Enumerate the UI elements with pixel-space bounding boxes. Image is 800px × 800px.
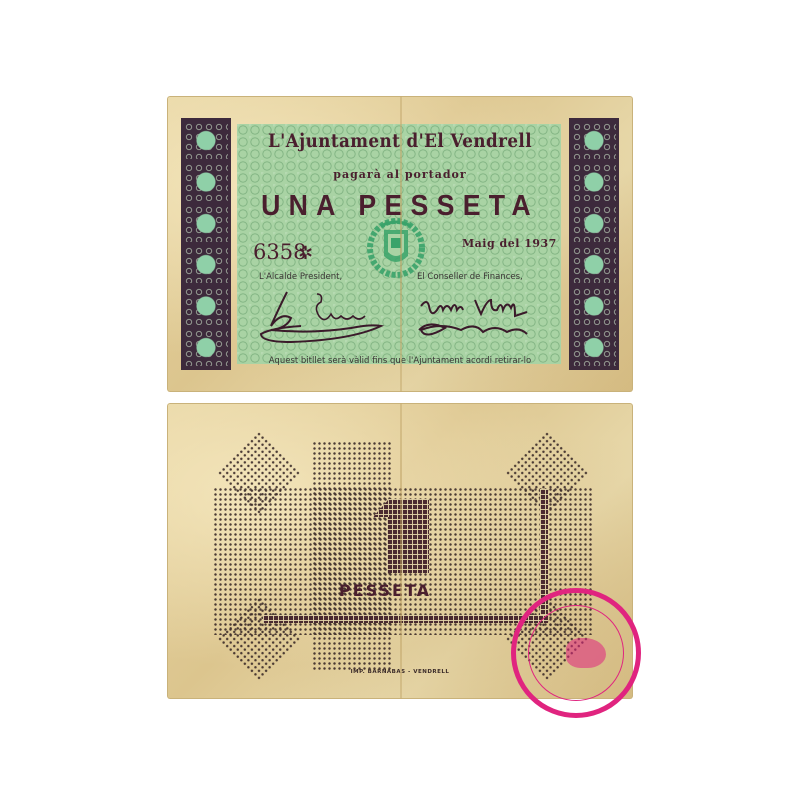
banknote-back: 1 PESSETA IMP. BARNABAS - VENDRELL AJUNT [167,403,633,699]
mayor-signatory-label: L'Alcalde President, [259,272,342,282]
left-ornamental-border [181,118,231,370]
issuer-title: L'Ajuntament d'El Vendrell [195,130,605,152]
numeral-one-grid [387,499,429,573]
issue-date: Maig del 1937 [462,237,557,250]
councillor-signature [415,294,555,344]
mayor-signature [257,284,407,346]
ornament-star-icon: ✲ [298,243,313,264]
councillor-signatory-label: El Conseller de Finances, [417,272,523,282]
dot-pattern-top-bottom [312,441,392,671]
back-denomination: PESSETA [339,581,431,600]
validity-notice: Aquest bitllet serà vàlid fins que l'Aju… [167,356,633,366]
right-ornamental-border [569,118,619,370]
coat-of-arms-emblem-icon [367,216,425,278]
municipal-stamp: AJUNT [511,588,641,718]
pay-to-bearer-text: pagarà al portador [167,168,633,181]
frame-bottom-bar [263,615,548,623]
denomination-text: UNA PESSETA [186,190,615,223]
banknote-front: L'Ajuntament d'El Vendrell pagarà al por… [167,96,633,392]
